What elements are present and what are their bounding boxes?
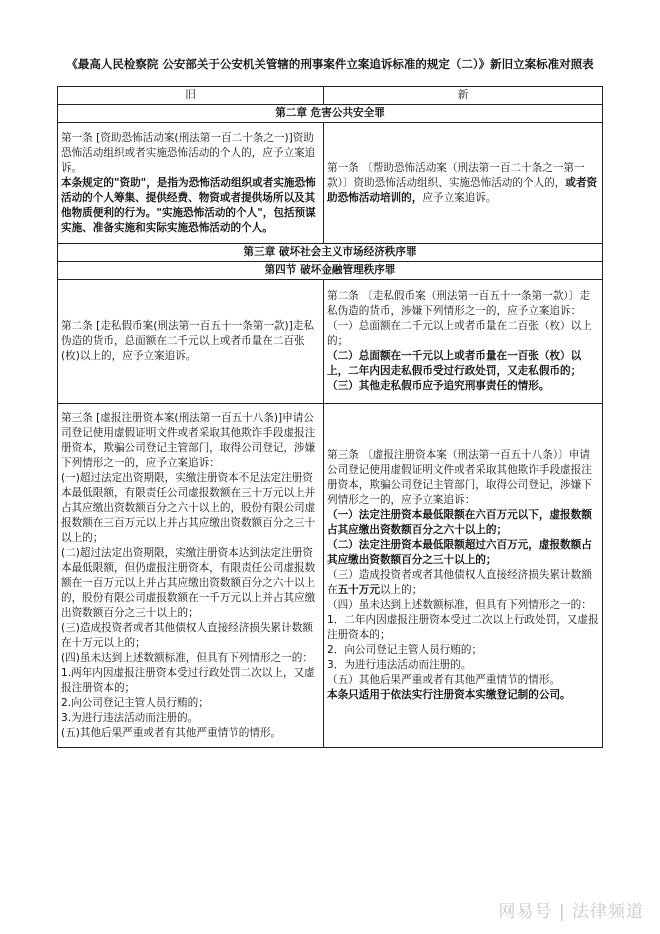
new-article-2-item-2: （二）总面额在一千元以上或者币量在一百张（枚）以上，二年内因走私假币受过行政处罚… xyxy=(327,349,599,379)
section-row: 第四节 破坏金融管理秩序罪 xyxy=(58,262,603,280)
new-article-1-text: 第一条 〔帮助恐怖活动案（刑法第一百二十条之一第一款）〕资助恐怖活动组织、实施恐… xyxy=(327,162,585,189)
comparison-table: 旧 新 第二章 危害公共安全罪 第一条 [资助恐怖活动案(刑法第一百二十条之一)… xyxy=(57,86,603,748)
old-article-1: 第一条 [资助恐怖活动案(刑法第一百二十条之一)]资助恐怖活动组织或者实施恐怖活… xyxy=(58,123,324,244)
old-article-3-item-4: (四)虽未达到上述数额标准，但具有下列情形之一的： xyxy=(61,651,320,666)
chapter-row: 第三章 破坏社会主义市场经济秩序罪 xyxy=(58,244,603,262)
new-article-3-item-4: （四）虽未达到上述数额标准，但具有下列情形之一的： xyxy=(327,598,599,613)
old-article-2-text: 第二条 [走私假币案(刑法第一百五十一条第一款)]走私伪造的货币，总面额在二千元… xyxy=(61,320,314,362)
table-row: 第二条 [走私假币案(刑法第一百五十一条第一款)]走私伪造的货币，总面额在二千元… xyxy=(58,280,603,404)
new-article-3-item-1: （一）法定注册资本最低限额在六百万元以下，虚报数额占其应缴出资数额百分之六十以上… xyxy=(327,508,599,538)
chapter-3-heading: 第三章 破坏社会主义市场经济秩序罪 xyxy=(58,244,603,262)
new-article-3-text: 第三条 〔虚报注册资本案（刑法第一百五十八条）〕申请公司登记使用虚假证明文件或者… xyxy=(327,448,599,508)
old-article-3-text: 第三条 [虚报注册资本案(刑法第一百五十八条)]申请公司登记使用虚假证明文件或者… xyxy=(61,411,320,471)
new-article-3-item-5: （五）其他后果严重或者有其他严重情节的情形。 xyxy=(327,673,599,688)
table-row: 第一条 [资助恐怖活动案(刑法第一百二十条之一)]资助恐怖活动组织或者实施恐怖活… xyxy=(58,123,603,244)
column-header-new: 新 xyxy=(324,87,603,105)
new-article-3-item-3-tail: 以上的； xyxy=(380,584,422,596)
source-watermark: 网易号 | 法律频道 xyxy=(498,897,644,922)
new-article-3-sub-3: 3．为进行违法活动而注册的。 xyxy=(327,658,599,673)
new-article-3-item-3-amount: 五十万元 xyxy=(338,584,380,596)
column-header-old: 旧 xyxy=(58,87,324,105)
chapter-2-heading: 第二章 危害公共安全罪 xyxy=(58,105,603,123)
new-article-3-sub-1: 1．二年内因虚报注册资本受过二次以上行政处罚，又虚报注册资本的； xyxy=(327,613,599,643)
old-article-1-definition: 本条规定的"资助"，是指为恐怖活动组织或者实施恐怖活动的个人筹集、提供经费、物资… xyxy=(61,177,316,234)
new-article-3-item-3: （三）造成投资者或者其他债权人直接经济损失累计数额在五十万元以上的； xyxy=(327,568,599,598)
old-article-3-item-2: (二)超过法定出资期限，实缴注册资本达到法定注册资本最低限额，但仍虚报注册资本，… xyxy=(61,546,320,621)
new-article-3-sub-2: 2．向公司登记主管人员行贿的； xyxy=(327,643,599,658)
old-article-1-text: 第一条 [资助恐怖活动案(刑法第一百二十条之一)]资助恐怖活动组织或者实施恐怖活… xyxy=(61,132,315,174)
old-article-2: 第二条 [走私假币案(刑法第一百五十一条第一款)]走私伪造的货币，总面额在二千元… xyxy=(58,280,324,404)
old-article-3-sub-3: 3.为进行违法活动而注册的。 xyxy=(61,711,320,726)
new-article-2-item-3: （三）其他走私假币应予追究刑事责任的情形。 xyxy=(327,379,599,394)
old-article-3-sub-1: 1.两年内因虚报注册资本受过行政处罚二次以上，又虚报注册资本的； xyxy=(61,666,320,696)
new-article-3: 第三条 〔虚报注册资本案（刑法第一百五十八条）〕申请公司登记使用虚假证明文件或者… xyxy=(324,404,603,748)
new-article-1: 第一条 〔帮助恐怖活动案（刑法第一百二十条之一第一款）〕资助恐怖活动组织、实施恐… xyxy=(324,123,603,244)
old-article-3-sub-2: 2.向公司登记主管人员行贿的； xyxy=(61,696,320,711)
chapter-row: 第二章 危害公共安全罪 xyxy=(58,105,603,123)
new-article-3-scope-note: 本条只适用于依法实行注册资本实缴登记制的公司。 xyxy=(327,688,599,703)
old-article-3-item-5: (五)其他后果严重或者有其他严重情节的情形。 xyxy=(61,726,320,741)
old-article-3-item-1: (一)超过法定出资期限，实缴注册资本不足法定注册资本最低限额，有限责任公司虚报数… xyxy=(61,471,320,546)
old-article-3-item-3: (三)造成投资者或者其他债权人直接经济损失累计数额在十万元以上的； xyxy=(61,621,320,651)
document-title: 《最高人民检察院 公安部关于公安机关管辖的刑事案件立案追诉标准的规定（二）》新旧… xyxy=(40,57,620,72)
new-article-1-tail: 应予立案追诉。 xyxy=(422,192,496,204)
old-article-3: 第三条 [虚报注册资本案(刑法第一百五十八条)]申请公司登记使用虚假证明文件或者… xyxy=(58,404,324,748)
table-row: 第三条 [虚报注册资本案(刑法第一百五十八条)]申请公司登记使用虚假证明文件或者… xyxy=(58,404,603,748)
section-4-heading: 第四节 破坏金融管理秩序罪 xyxy=(58,262,603,280)
new-article-2-text: 第二条 〔走私假币案（刑法第一百五十一条第一款）〕走私伪造的货币，涉嫌下列情形之… xyxy=(327,289,599,319)
header-row: 旧 新 xyxy=(58,87,603,105)
new-article-2: 第二条 〔走私假币案（刑法第一百五十一条第一款）〕走私伪造的货币，涉嫌下列情形之… xyxy=(324,280,603,404)
new-article-3-item-2: （二）法定注册资本最低限额超过六百万元，虚报数额占其应缴出资数额百分之三十以上的… xyxy=(327,538,599,568)
new-article-2-item-1: （一）总面额在二千元以上或者币量在二百张（枚）以上的； xyxy=(327,319,599,349)
